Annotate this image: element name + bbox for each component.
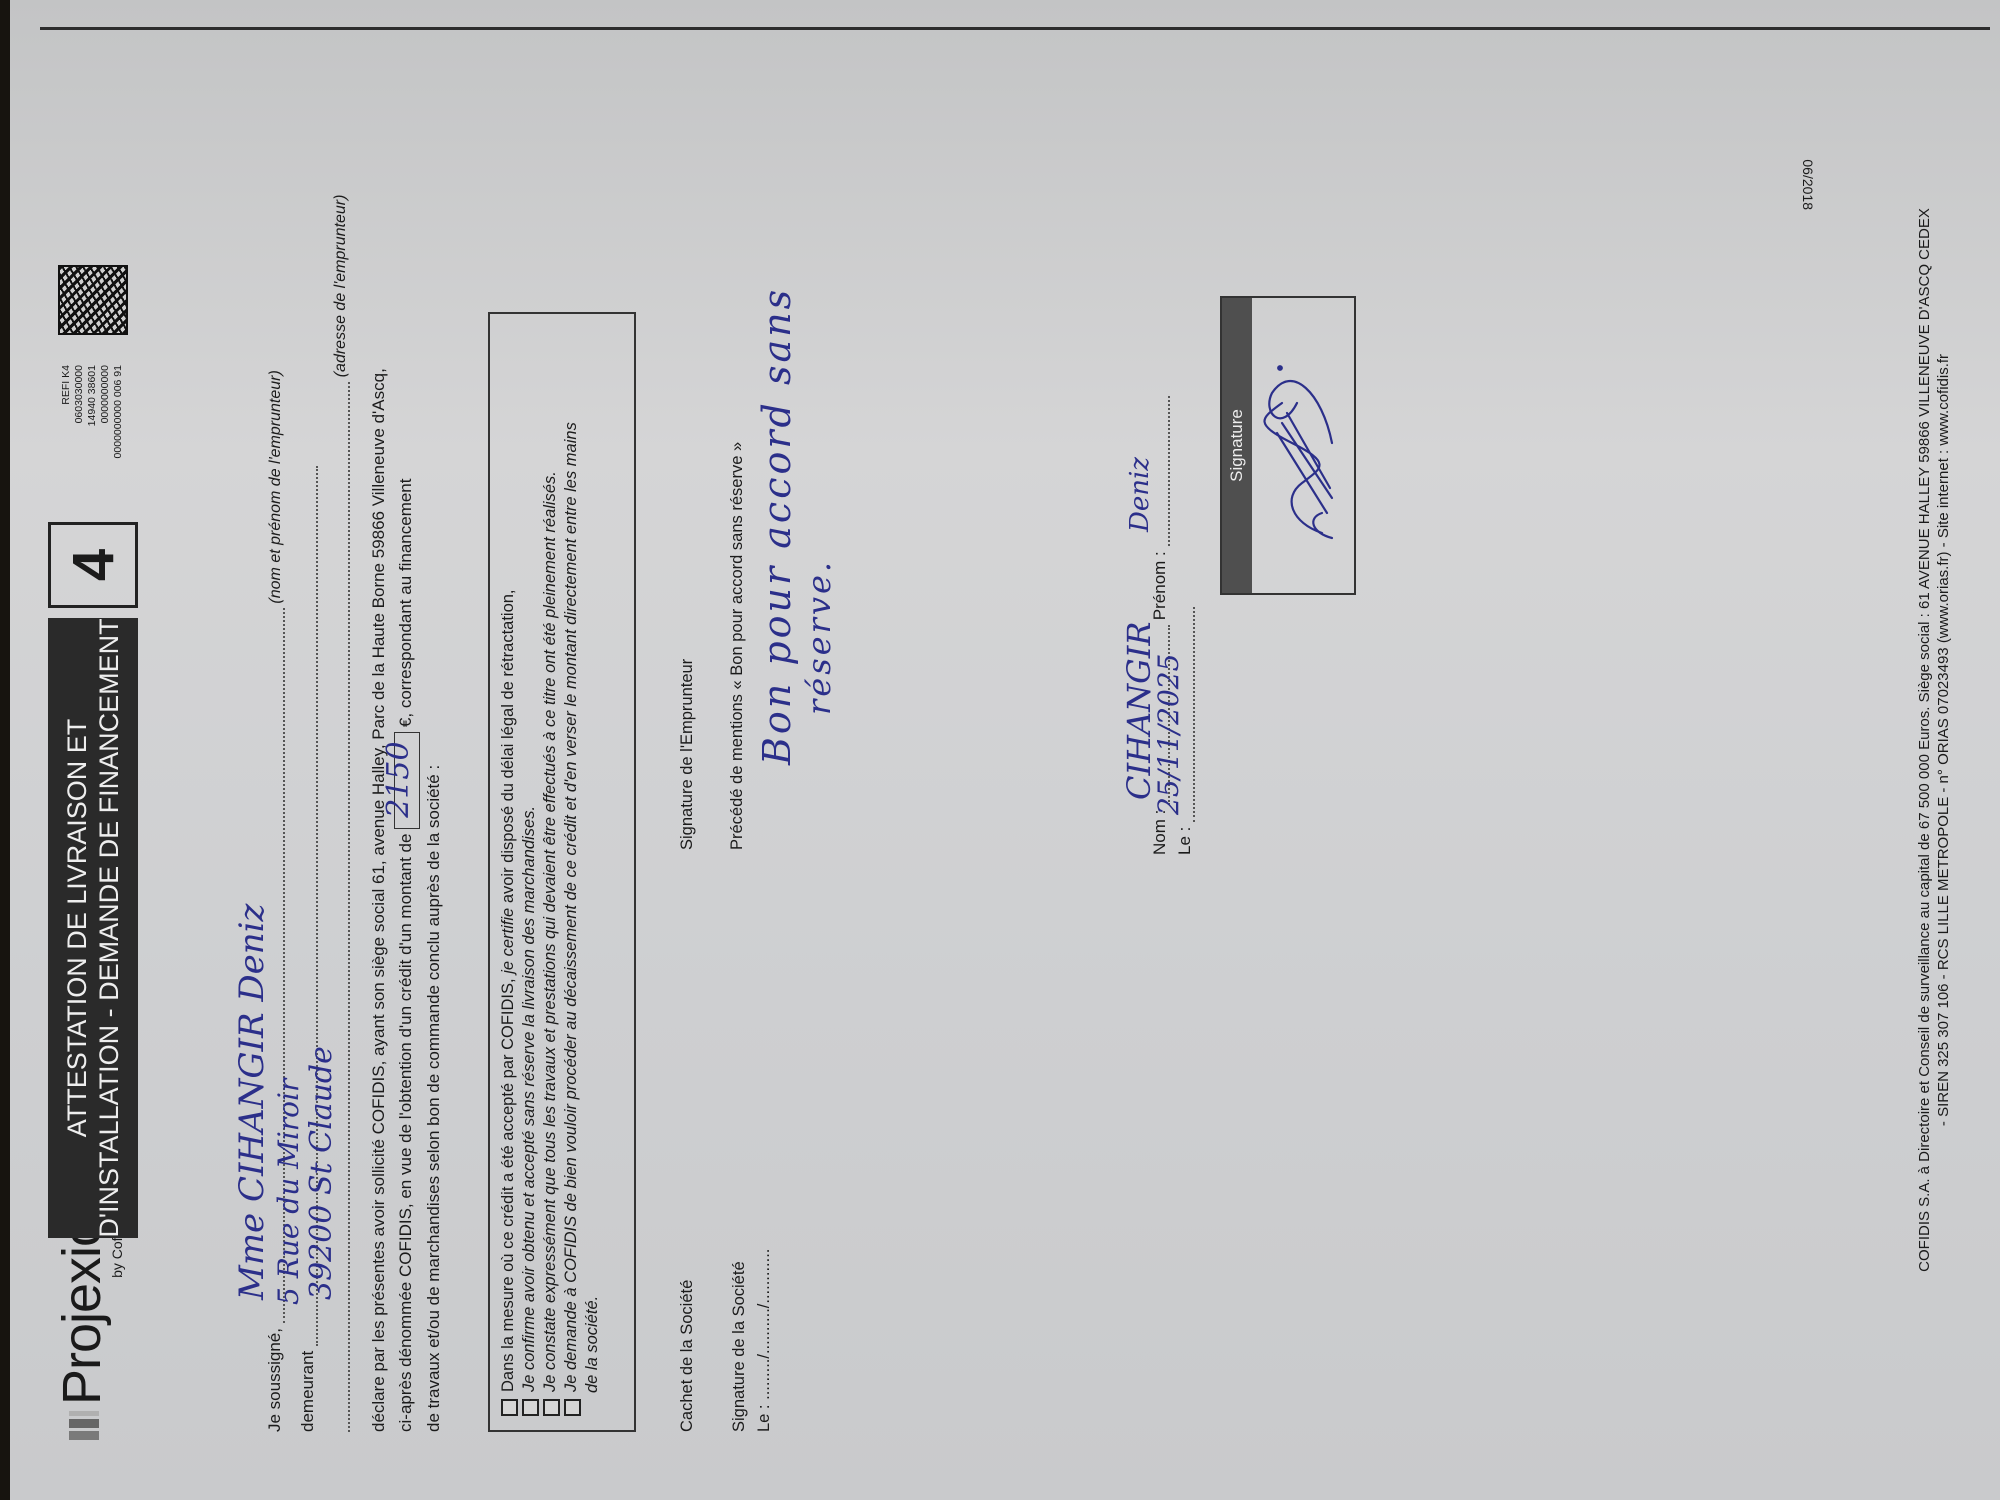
reference-codes: REFI K4 0603030000 14940 38601 000000000… (60, 365, 125, 515)
page-border-line (40, 27, 1990, 30)
header: Projexio by Cofidis ATTESTATION DE LIVRA… (10, 0, 200, 1500)
clause-1: Dans la mesure où ce crédit a été accept… (498, 326, 519, 1416)
clause-3: Je constate expressément que tous les tr… (540, 326, 561, 1416)
title-line-1: ATTESTATION DE LIVRAISON ET (61, 719, 93, 1138)
clause-4-checkbox[interactable] (564, 1399, 581, 1416)
clause-1-checkbox[interactable] (501, 1399, 518, 1416)
prenom-field[interactable]: Deniz (1125, 457, 1155, 532)
nom-label: Nom : (1150, 810, 1169, 855)
signature-box[interactable]: Signature (1220, 296, 1356, 595)
address-hint: (adresse de l'emprunteur) (332, 195, 349, 378)
document-title: ATTESTATION DE LIVRAISON ET D'INSTALLATI… (48, 618, 138, 1238)
document-page: Projexio by Cofidis ATTESTATION DE LIVRA… (10, 0, 2000, 1500)
datamatrix-code-icon (58, 265, 128, 335)
prenom-label: Prénom : (1150, 551, 1169, 620)
signature-date-field[interactable]: 25/11/2025 (1152, 654, 1185, 815)
clause-3-checkbox[interactable] (543, 1399, 560, 1416)
declaration-paragraph: déclare par les présentes avoir sollicit… (365, 302, 447, 1432)
company-date-field[interactable]: Le : ........./........../............ (755, 1249, 774, 1432)
borrower-signature-title: Signature de l'Emprunteur (678, 659, 697, 850)
mention-handwritten-line-2[interactable]: réserve. (800, 559, 838, 715)
logo-text: Projexio (55, 1218, 109, 1405)
soussigne-label: Je soussigné, (265, 1328, 284, 1432)
credit-amount-field[interactable]: 2150 (394, 732, 420, 829)
date-label: Le : (1175, 827, 1194, 855)
legal-footer: COFIDIS S.A. à Directoire et Conseil de … (1915, 50, 1953, 1430)
demeurant-label: demeurant (298, 1351, 317, 1432)
address-line-1-field[interactable]: 5 Rue du Miroir (272, 1079, 305, 1305)
company-stamp-label: Cachet de la Société (678, 1280, 697, 1432)
clause-4: Je demande à COFIDIS de bien vouloir pro… (561, 326, 582, 1416)
address-line-2-field[interactable]: 39200 St Claude (304, 1046, 339, 1300)
photo-frame: Projexio by Cofidis ATTESTATION DE LIVRA… (0, 0, 2000, 1500)
name-hint: (nom et prénom de l'emprunteur) (267, 370, 284, 603)
signature-box-header: Signature (1222, 298, 1252, 593)
attestation-clauses-box: Dans la mesure où ce crédit a été accept… (488, 312, 636, 1432)
mention-instruction: Précédé de mentions « Bon pour accord sa… (728, 442, 747, 850)
logo-bars-icon (69, 1411, 99, 1440)
title-line-2: D'INSTALLATION - DEMANDE DE FINANCEMENT (93, 618, 125, 1237)
projexio-logo: Projexio by Cofidis (55, 1216, 109, 1440)
handwritten-signature-icon (1252, 303, 1350, 593)
clause-2: Je confirme avoir obtenu et accepté sans… (519, 326, 540, 1416)
borrower-name-field[interactable]: Mme CIHANGIR Deniz (232, 904, 272, 1300)
company-signature-label: Signature de la Société (730, 1261, 749, 1432)
form-number: 4 (60, 549, 127, 581)
mention-handwritten-line-1[interactable]: Bon pour accord sans (755, 287, 799, 765)
form-number-badge: 4 (48, 522, 138, 608)
form-version: 06/2018 (1800, 159, 1816, 210)
clause-2-checkbox[interactable] (522, 1399, 539, 1416)
